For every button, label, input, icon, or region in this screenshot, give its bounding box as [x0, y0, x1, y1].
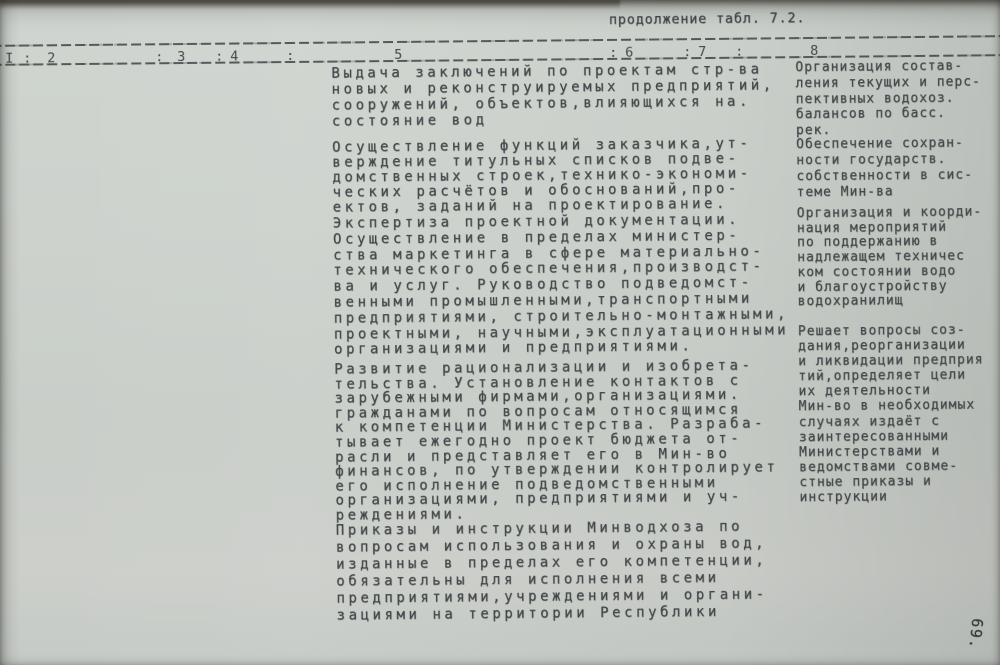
text-line: стные приказы и: [799, 473, 985, 490]
text-line: ведомствами совме-: [799, 458, 985, 475]
table-continuation-title: продолжение табл. 7.2.: [609, 10, 806, 28]
text-line: собственности в сис-: [796, 167, 973, 185]
text-line: Решает вопросы соз-: [798, 322, 984, 339]
text-line: заинтересованными: [799, 428, 985, 445]
column5-paragraph-5: Приказы и инструкции Минводхоза повопрос…: [336, 518, 768, 624]
text-line: случаях издаёт с: [799, 413, 985, 430]
text-line: организациями и предприятиями.: [334, 339, 789, 359]
text-line: ления текущих и перс-: [795, 74, 981, 92]
text-line: пективных водохоз.: [796, 90, 982, 108]
column8-paragraph-3: Организация и коорди-нация мероприятийпо…: [797, 205, 983, 310]
scanned-document-page: продолжение табл. 7.2. I : 2 : 3 : 4 : 5…: [0, 0, 1000, 665]
column8-paragraph-1: Организация состав-ления текущих и перс-…: [795, 58, 981, 139]
text-line: Министерствами и: [799, 443, 985, 460]
text-line: и ликвидации предприя: [798, 353, 984, 370]
page-number: 69.: [965, 617, 986, 650]
text-line: их деятельности: [798, 383, 984, 400]
table-rule-top: [0, 35, 1000, 47]
text-line: Мин-во в необходимых: [799, 398, 985, 415]
column5-paragraph-3: Экспертиза проектной документации.Осущес…: [333, 212, 790, 359]
text-line: состояние вод: [332, 109, 775, 129]
text-line: инструкции: [799, 488, 985, 505]
text-line: ности государств.: [796, 151, 973, 169]
column5-paragraph-2: Осуществление функций заказчика,ут-вержд…: [332, 137, 752, 216]
column5-paragraph-1: Выдача заключений по проектам стр-вановы…: [331, 61, 775, 129]
text-line: Обеспечение сохран-: [796, 135, 973, 153]
text-line: тий,определяет цели: [798, 368, 984, 385]
text-line: балансов по басс.: [796, 106, 982, 124]
text-line: дания,реорганизации: [798, 337, 984, 354]
column5-paragraph-4: Развитие рационализации и изобрета-тельс…: [334, 358, 779, 523]
column8-paragraph-2: Обеспечение сохран-ности государств.собс…: [796, 135, 973, 201]
text-line: Организация состав-: [795, 58, 981, 76]
text-line: теме Мин-ва: [796, 183, 973, 201]
column8-paragraph-4: Решает вопросы соз-дания,реорганизациии …: [798, 322, 985, 505]
text-line: ком состоянии водо: [797, 264, 983, 280]
text-line: зациями на территории Республики: [337, 603, 768, 624]
page-content: продолжение табл. 7.2. I : 2 : 3 : 4 : 5…: [0, 0, 1000, 665]
text-line: водохранилищ: [798, 294, 984, 310]
